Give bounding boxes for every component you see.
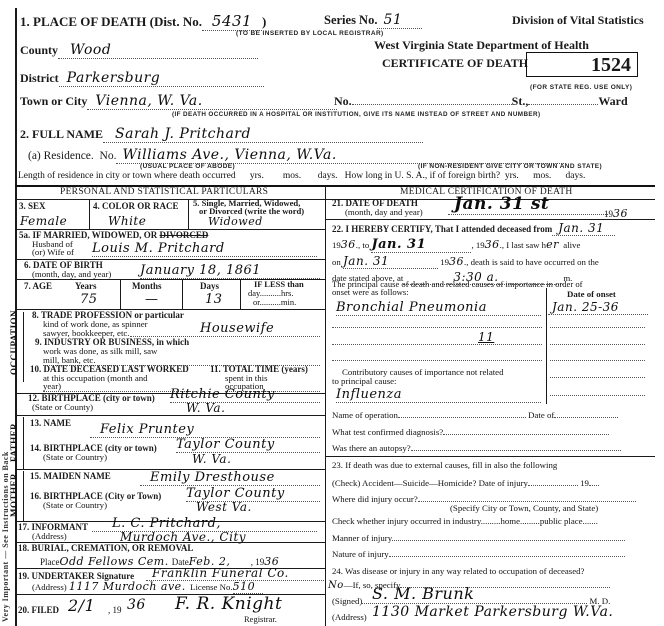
- sex-value: Female: [20, 214, 67, 228]
- hospital-note: (IF DEATH OCCURRED IN A HOSPITAL OR INST…: [172, 111, 540, 118]
- personal-section-title: PERSONAL AND STATISTICAL PARTICULARS: [60, 187, 268, 197]
- father-name-label: 13. NAME: [30, 418, 71, 428]
- physician-address: 1130 Market Parkersburg W.Va.: [372, 604, 613, 620]
- department-title: West Virginia State Department of Health: [374, 38, 589, 53]
- onset-line-2: [550, 327, 645, 328]
- cause-line-4: [332, 360, 542, 361]
- state-reg-note: (FOR STATE REG. USE ONLY): [530, 84, 632, 91]
- state-reg-box: 1524: [526, 52, 638, 77]
- certify-line-2: 1936., to Jan. 31, 1936., I last saw her…: [332, 237, 580, 253]
- registrar-note: (TO BE INSERTED BY LOCAL REGISTRAR): [236, 30, 384, 37]
- certify-line-1: 22. I HEREBY CERTIFY, That I attended de…: [332, 221, 615, 236]
- county-value: Wood: [58, 42, 258, 59]
- less-than-label-3: or..........min.: [253, 297, 296, 307]
- onset-line-6: [550, 395, 645, 396]
- spouse-value: Louis M. Pritchard: [92, 241, 317, 257]
- filed-year-value: 36: [127, 597, 146, 613]
- district-row: DistrictParkersburg: [20, 70, 264, 87]
- onset-line-4: [550, 360, 645, 361]
- dod-divider: [325, 219, 655, 220]
- license-no-value: 510: [233, 580, 263, 594]
- center-divider: [325, 185, 326, 626]
- occupation-side-line: [23, 312, 24, 382]
- operation-row: Name of operation Date of: [332, 410, 618, 420]
- occupation-side-label: OCCUPATION: [9, 310, 19, 375]
- cause-intro-2: onset were as follows:: [332, 287, 409, 297]
- birthplace-label-2: (State or County): [32, 402, 93, 412]
- registrar-label: Registrar.: [244, 614, 277, 624]
- age-div-2: [182, 279, 183, 309]
- cause-line-2: [332, 327, 542, 328]
- certify-to-value: Jan. 31: [371, 237, 471, 253]
- father-name-value: Felix Pruntey: [90, 422, 320, 438]
- ditto-mark: 11: [478, 330, 494, 344]
- occupation-related-label: 24. Was disease or injury in any way rel…: [332, 566, 584, 576]
- certificate-title: CERTIFICATE OF DEATH: [382, 56, 528, 71]
- manner-row: Manner of injury: [332, 533, 625, 543]
- onset-line-5: [550, 377, 645, 378]
- father-bp-value-2: W. Va.: [192, 452, 231, 466]
- residence-row: (a) Residence. No.Williams Ave., Vienna,…: [28, 147, 566, 164]
- dod-value: Jan. 31 st: [448, 194, 608, 215]
- mother-side-line: [23, 471, 24, 521]
- filed-year-prefix: , 19: [108, 605, 122, 615]
- county-row: CountyWood: [20, 42, 258, 59]
- contributory-value: Influenza: [336, 387, 541, 403]
- principal-onset-value: Jan. 25-36: [548, 300, 648, 315]
- age-months-value: —: [145, 292, 159, 307]
- town-value: Vienna, W. Va.: [87, 93, 337, 110]
- age-years-value: 75: [80, 292, 98, 307]
- test-row: What test confirmed diagnosis?: [332, 427, 609, 437]
- full-name-value: Sarah J. Pritchard: [103, 126, 423, 143]
- state-reg-no: 1524: [591, 54, 631, 77]
- age-days-value: 13: [205, 292, 223, 307]
- years-label: Years: [75, 281, 97, 291]
- street-row: No.St.,Ward: [334, 94, 628, 109]
- race-value: White: [108, 214, 146, 228]
- spouse-label-3: (or) Wife of: [32, 247, 74, 257]
- race-label: 4. COLOR OR RACE: [93, 201, 179, 211]
- age-div-3: [240, 279, 241, 309]
- sex-race-divider: [89, 199, 90, 229]
- physician-signature: S. M. Brunk: [372, 584, 474, 603]
- father-side-line: [23, 417, 24, 469]
- series-no: 51: [377, 12, 422, 29]
- age-label: 7. AGE: [24, 281, 52, 291]
- external-label: 23. If death was due to external causes,…: [332, 460, 557, 470]
- certify-her: er: [546, 238, 559, 251]
- dob-label-2: (month, day, and year): [32, 269, 111, 279]
- onset-column-divider: [546, 288, 547, 404]
- age-div-1: [120, 279, 121, 309]
- series-label: Series No.51: [324, 12, 422, 29]
- onset-header: Date of onset: [567, 289, 616, 299]
- certify-line-3: on Jan. 31 1936., death is said to have …: [332, 254, 599, 269]
- certify-from-value: Jan. 31: [552, 221, 615, 236]
- mother-name-value: Emily Dresthouse: [140, 470, 320, 486]
- birthplace-divider: [15, 415, 325, 416]
- place-of-death-label: 1. PLACE OF DEATH (Dist. No.5431): [20, 12, 266, 31]
- usual-abode-note: (USUAL PLACE OF ABODE): [140, 163, 235, 170]
- contributory-label-2: to principal cause:: [332, 376, 397, 386]
- marital-value: Widowed: [208, 215, 263, 228]
- autopsy-row: Was there an autopsy?: [332, 443, 621, 453]
- father-bp-label-2: (State or Country): [43, 452, 107, 462]
- district-value: Parkersburg: [59, 70, 264, 87]
- town-row: Town or CityVienna, W. Va.: [20, 93, 337, 110]
- race-marital-divider: [188, 199, 189, 229]
- cause-line-3: [332, 344, 542, 345]
- sex-label: 3. SEX: [19, 201, 46, 211]
- mother-bp-label-2: (State or Country): [43, 500, 107, 510]
- filed-label: 20. FILED: [18, 605, 59, 615]
- undertaker-value: Franklin Funeral Co.: [146, 566, 324, 581]
- nonresident-note: (IF NON-RESIDENT GIVE CITY OR TOWN AND S…: [418, 163, 602, 170]
- father-bp-value-1: Taylor County: [176, 437, 320, 453]
- burial-label: 18. BURIAL, CREMATION, OR REMOVAL: [18, 543, 193, 553]
- full-name-row: 2. FULL NAMESarah J. Pritchard: [20, 126, 423, 143]
- check-row: (Check) Accident—Suicide—Homicide? Date …: [332, 478, 599, 488]
- months-label: Months: [132, 281, 162, 291]
- mother-name-label: 15. MAIDEN NAME: [30, 471, 111, 481]
- days-label: Days: [200, 281, 219, 291]
- birthplace-value-2: W. Va.: [186, 401, 225, 415]
- certify-last-seen-value: Jan. 31: [343, 254, 438, 269]
- undertaker-address-value: 1117 Murdoch ave.: [69, 580, 186, 593]
- mother-bp-value-2: West Va.: [196, 500, 252, 514]
- nature-row: Nature of injury: [332, 549, 625, 559]
- dob-value: January 18, 1861: [140, 263, 320, 279]
- father-side-label: FATHER: [9, 423, 19, 462]
- dist-no: 5431: [202, 12, 262, 31]
- residence-value: Williams Ave., Vienna, W.Va.: [116, 147, 566, 164]
- principal-cause-value: Bronchial Pneumonia: [336, 300, 541, 316]
- occupation-related-value: No: [328, 580, 344, 591]
- dod-label-2: (month, day and year): [345, 207, 423, 217]
- address-row: (Address): [332, 612, 367, 622]
- length-of-residence-row: Length of residence in city or town wher…: [18, 171, 585, 181]
- division-title: Division of Vital Statistics: [512, 13, 644, 28]
- registrar-signature: F. R. Knight: [175, 594, 282, 614]
- industry-check-row: Check whether injury occurred in industr…: [332, 516, 598, 526]
- onset-line-3: [550, 344, 645, 345]
- filed-date-value: 2/1: [68, 596, 95, 615]
- trade-value: Housewife: [130, 321, 320, 337]
- mother-side-label: MOTHER: [9, 473, 19, 517]
- informant-label-2: (Address): [32, 531, 67, 541]
- autopsy-divider: [325, 456, 655, 457]
- undertaker-address-row: (Address) 1117 Murdoch ave. License No.5…: [32, 580, 263, 594]
- specify-note: (Specify City or Town, County, and State…: [450, 503, 598, 513]
